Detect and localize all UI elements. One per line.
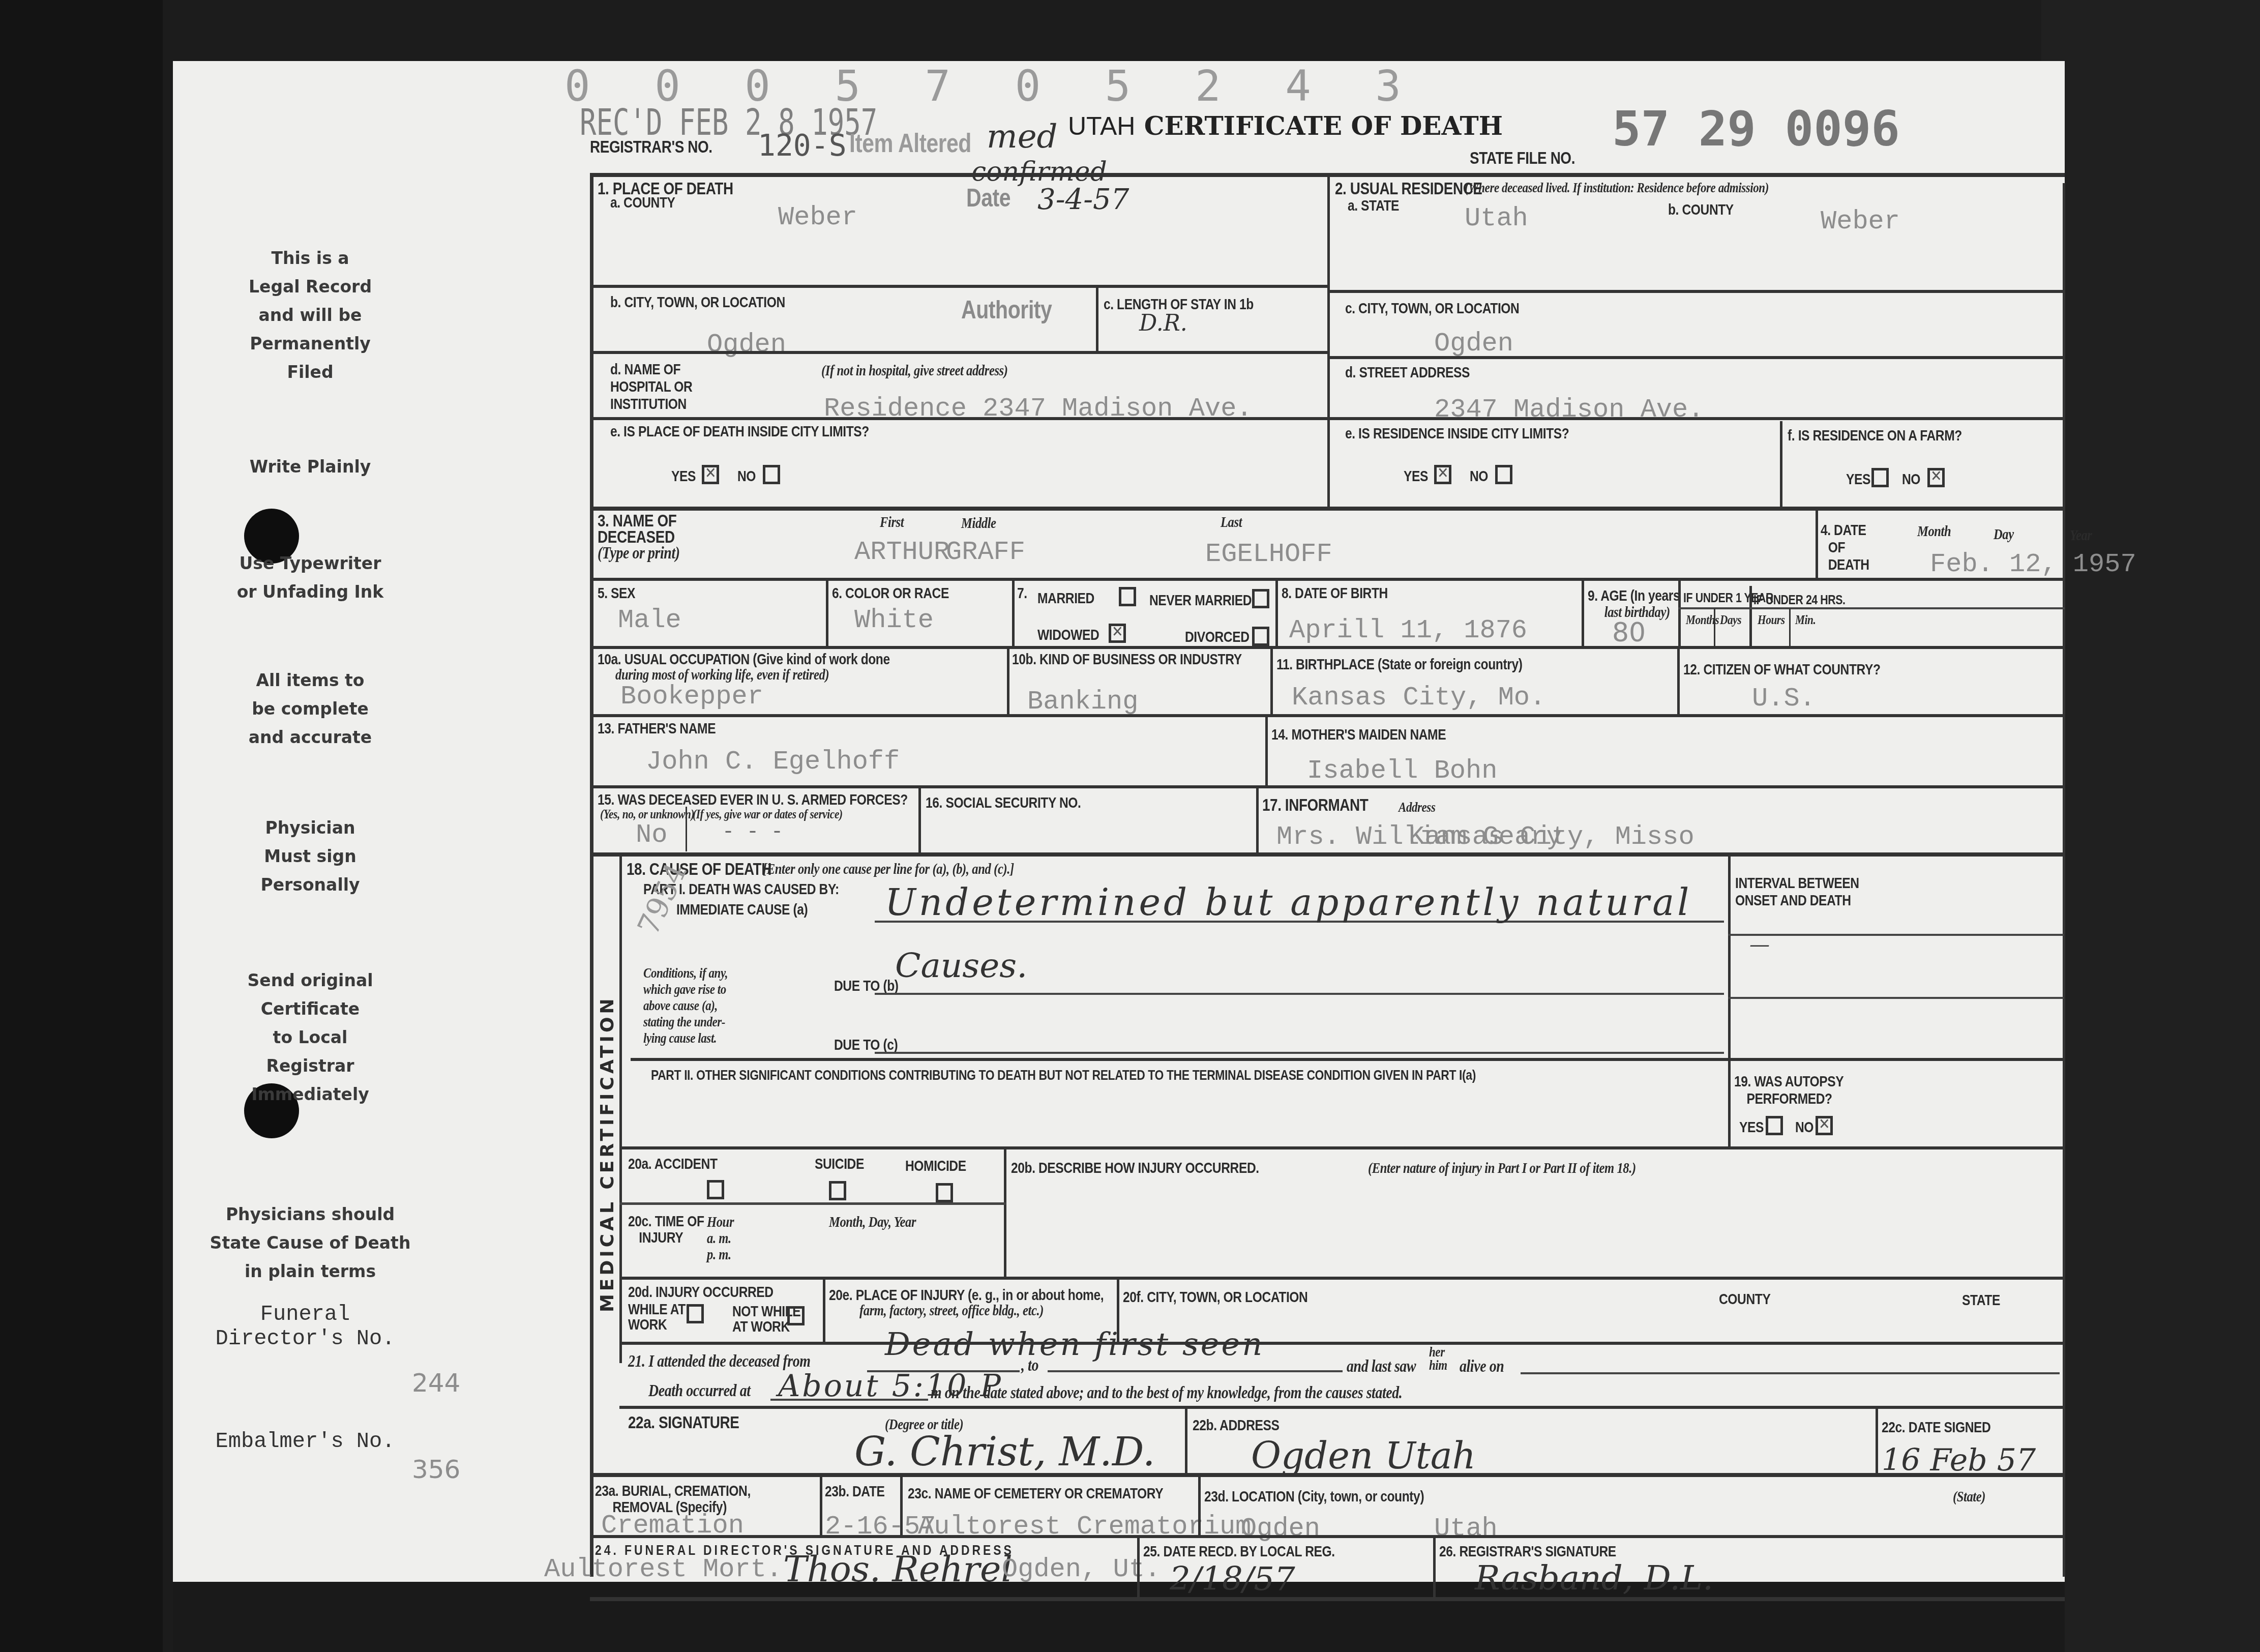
divider (823, 1278, 825, 1342)
divider (1714, 608, 1715, 646)
residence-farm-no-checkbox[interactable] (1927, 468, 1945, 487)
note-physician-sign: PhysicianMust signPersonally (203, 814, 417, 899)
immediate-cause-label: IMMEDIATE CAUSE (a) (676, 901, 808, 919)
residence-farm-label: f. IS RESIDENCE ON A FARM? (1788, 427, 1962, 445)
mother-name-label: 14. MOTHER'S MAIDEN NAME (1271, 726, 1446, 744)
divorced-checkbox[interactable] (1252, 627, 1269, 646)
divider (1185, 1407, 1187, 1474)
residence-city-label: c. CITY, TOWN, OR LOCATION (1345, 300, 1519, 317)
citizen-label: 12. CITIZEN OF WHAT COUNTRY? (1683, 661, 1881, 678)
note-all-items: All items tobe completeand accurate (203, 666, 417, 752)
usual-residence-hint: (Where deceased lived. If institution: R… (1465, 180, 1769, 196)
divider (619, 1406, 2064, 1409)
part2-label: PART II. OTHER SIGNIFICANT CONDITIONS CO… (651, 1067, 1476, 1083)
death-inside-city-label: e. IS PLACE OF DEATH INSIDE CITY LIMITS? (610, 423, 869, 440)
item-altered-label: Item Altered (849, 128, 971, 159)
interval-value: — (1749, 933, 1770, 956)
date-of-birth-value: Aprill 11, 1876 (1289, 615, 1527, 645)
divider (1265, 715, 1268, 786)
divider (619, 1342, 2064, 1345)
divider (918, 786, 921, 852)
last-saw-label: and last saw (1347, 1357, 1416, 1376)
to-label: , to (1021, 1356, 1038, 1375)
residence-inside-city-no-checkbox[interactable] (1495, 465, 1512, 484)
race-value: White (854, 605, 934, 635)
residence-inside-city-yes-checkbox[interactable] (1434, 465, 1451, 484)
registrar-signature-value: Rasband, D.L. (1475, 1558, 1713, 1598)
death-inside-city-no-label: NO (737, 468, 756, 485)
place-of-injury-hint: farm, factory, street, office bldg., etc… (859, 1302, 1044, 1319)
divider (1678, 607, 2065, 609)
cemetery-label: 23c. NAME OF CEMETERY OR CREMATORY (908, 1485, 1163, 1502)
not-while-at-work-checkbox[interactable] (787, 1306, 805, 1325)
never-married-label: NEVER MARRIED (1149, 592, 1252, 609)
scan-background-left (0, 0, 163, 1652)
while-at-work-checkbox[interactable] (687, 1304, 704, 1323)
residence-state-label: a. STATE (1348, 197, 1399, 215)
attended-to-line (1048, 1370, 1343, 1372)
sex-label: 5. SEX (598, 585, 635, 602)
age-label: 9. AGE (In yearslast birthday) (1588, 588, 1680, 621)
first-name-value: ARTHUR (854, 537, 949, 567)
injury-city-label: 20f. CITY, TOWN, OR LOCATION (1123, 1289, 1307, 1306)
middle-name-label: Middle (961, 515, 996, 532)
while-at-work-label: WHILE ATWORK (628, 1302, 686, 1333)
date-recd-value: 2/18/57 (1170, 1560, 1295, 1598)
death-city-value: Ogden (707, 330, 786, 360)
mother-name-value: Isabell Bohn (1307, 756, 1497, 786)
birthplace-value: Kansas City, Mo. (1292, 683, 1545, 713)
days-label: Days (1720, 612, 1741, 628)
middle-name-value: GRAFF (946, 537, 1025, 567)
divider (590, 714, 2065, 717)
accident-label: 20a. ACCIDENT (628, 1156, 718, 1173)
day-label: Day (1994, 526, 2014, 543)
divider (1198, 1475, 1201, 1536)
armed-forces-label: 15. WAS DECEASED EVER IN U. S. ARMED FOR… (598, 791, 908, 809)
marital-number: 7. (1017, 585, 1027, 602)
divider (631, 1058, 2065, 1061)
year-label: Year (2070, 527, 2092, 544)
suicide-label: SUICIDE (815, 1156, 864, 1173)
certificate-page: 0 0 0 5 7 0 5 2 4 3 REC'D FEB 2 8 1957 R… (173, 61, 2065, 1582)
embalmer-no-value: 356 (412, 1455, 460, 1484)
interval-label: INTERVAL BETWEENONSET AND DEATH (1735, 875, 1859, 909)
citizen-value: U.S. (1752, 684, 1816, 714)
date-recd-label: 25. DATE RECD. BY LOCAL REG. (1143, 1543, 1335, 1560)
residence-farm-yes-checkbox[interactable] (1871, 468, 1889, 487)
residence-farm-no-label: NO (1902, 471, 1920, 488)
divider (1327, 290, 2065, 293)
registrars-no-label: REGISTRAR'S NO. (590, 137, 712, 157)
hours-label: Hours (1758, 612, 1785, 628)
divider (1816, 510, 1818, 581)
injury-occurred-label: 20d. INJURY OCCURRED (628, 1284, 774, 1301)
residence-inside-city-no-label: NO (1470, 468, 1488, 485)
residence-street-label: d. STREET ADDRESS (1345, 364, 1470, 381)
autopsy-label: 19. WAS AUTOPSYPERFORMED? (1734, 1073, 1843, 1108)
date-label: Date (966, 183, 1010, 213)
father-name-value: John C. Egelhoff (646, 747, 900, 777)
am-label: a. m. (707, 1230, 731, 1247)
min-label: Min. (1795, 612, 1816, 628)
form-left-border (590, 173, 593, 1577)
length-of-stay-value: D.R. (1139, 310, 1187, 336)
divider (619, 1202, 1006, 1205)
divider (590, 1535, 2065, 1538)
last-name-value: EGELHOFF (1205, 539, 1332, 569)
divider (1327, 175, 1330, 509)
residence-inside-city-yes-label: YES (1404, 468, 1428, 485)
divider (900, 1475, 903, 1536)
funeral-director-no-label: FuneralDirector's No. (193, 1302, 417, 1351)
time-of-injury-label: 20c. TIME OFINJURY (628, 1214, 704, 1246)
item-altered-value: med (987, 118, 1058, 156)
cause-of-death-heading: 18. CAUSE OF DEATH (627, 860, 771, 879)
divider (1876, 1407, 1878, 1474)
alive-on-label: alive on (1460, 1357, 1504, 1376)
armed-dates-value: - - - (722, 821, 783, 844)
injury-county-label: COUNTY (1719, 1291, 1770, 1308)
physician-signature: G. Christ, M.D. (854, 1429, 1155, 1475)
autopsy-yes-checkbox[interactable] (1766, 1116, 1783, 1135)
funeral-director-value: Aultorest Mort. (544, 1554, 782, 1584)
divider (1137, 1536, 1140, 1598)
autopsy-no-checkbox[interactable] (1816, 1116, 1833, 1135)
occupation-label: 10a. USUAL OCCUPATION (Give kind of work… (598, 651, 890, 668)
hour-label: Hour (707, 1214, 734, 1231)
homicide-checkbox[interactable] (936, 1183, 953, 1202)
due-to-b-value: Causes. (895, 946, 1027, 985)
birthplace-label: 11. BIRTHPLACE (State or foreign country… (1276, 656, 1522, 673)
date-value: 3-4-57 (1037, 183, 1129, 216)
under-24-hrs-label: IF UNDER 24 HRS. (1753, 592, 1846, 608)
date-of-death-value: Feb. 12, 1957 (1930, 549, 2136, 579)
homicide-label: HOMICIDE (905, 1158, 966, 1175)
divider (1728, 934, 2064, 936)
city-label: b. CITY, TOWN, OR LOCATION (610, 294, 785, 311)
form-right-border (2063, 183, 2065, 1577)
suicide-checkbox[interactable] (829, 1181, 846, 1200)
occupation-value: Bookepper (620, 682, 763, 712)
deceased-name-label: 3. NAME OFDECEASED(Type or print) (598, 513, 680, 562)
cause-of-death-hint: [Enter only one cause per line for (a), … (763, 861, 1014, 878)
divider (1728, 997, 2064, 999)
confirmed-note: confirmed (971, 157, 1107, 187)
medical-certification-label: MEDICAL CERTIFICATION (597, 995, 618, 1312)
divider (1678, 579, 1681, 646)
state-file-no-value: 57 29 0096 (1612, 102, 1900, 157)
divider (619, 1146, 2064, 1149)
divider (590, 646, 2065, 649)
divider (686, 807, 687, 851)
certificate-title: UTAH CERTIFICATE OF DEATH (1068, 111, 1503, 141)
widowed-checkbox[interactable] (1109, 624, 1126, 643)
state-file-no-label: STATE FILE NO. (1470, 149, 1575, 168)
divider (619, 1277, 2064, 1280)
describe-injury-hint: (Enter nature of injury in Part I or Par… (1368, 1160, 1636, 1177)
divider (1677, 647, 1680, 714)
divider (1004, 1147, 1006, 1280)
injury-state-label: STATE (1962, 1292, 2000, 1309)
widowed-label: WIDOWED (1037, 627, 1099, 644)
autopsy-no-label: NO (1795, 1119, 1813, 1136)
divider (1270, 647, 1273, 714)
physician-address-value: Ogden Utah (1251, 1434, 1476, 1477)
divider (1582, 579, 1584, 646)
physician-address-label: 22b. ADDRESS (1193, 1417, 1280, 1434)
note-write-plainly: Write Plainly (203, 453, 417, 481)
conditions-note: Conditions, if any,which gave rise toabo… (643, 965, 728, 1047)
scan-background-right (2041, 0, 2260, 1652)
funeral-director-no-value: 244 (412, 1368, 460, 1398)
disposition-location-label: 23d. LOCATION (City, town, or county) (1204, 1488, 1424, 1506)
residence-state-value: Utah (1465, 203, 1528, 233)
residence-county-label: b. COUNTY (1668, 201, 1734, 219)
divider (1007, 647, 1009, 714)
divorced-label: DIVORCED (1185, 629, 1250, 646)
describe-injury-label: 20b. DESCRIBE HOW INJURY OCCURRED. (1011, 1160, 1259, 1177)
county-label: a. COUNTY (610, 194, 675, 212)
date-signed-label: 22c. DATE SIGNED (1882, 1419, 1990, 1436)
divider (1256, 786, 1259, 852)
divider (590, 852, 2065, 857)
divider (1780, 421, 1782, 509)
death-occurred-label: Death occurred at (648, 1381, 751, 1401)
death-county-value: Weber (778, 202, 857, 232)
divider (590, 1473, 2065, 1477)
divider (1327, 356, 2065, 359)
father-name-label: 13. FATHER'S NAME (598, 720, 716, 737)
due-to-c-label: DUE TO (c) (834, 1037, 898, 1054)
death-inside-city-no-checkbox[interactable] (763, 465, 780, 484)
form-bottom-border (590, 1597, 2065, 1601)
divider (590, 578, 2065, 581)
medical-section-border (619, 854, 622, 1363)
disposition-state-value: Utah (1434, 1514, 1498, 1544)
note-use-typewriter: Use Typewriteror Unfading Ink (203, 549, 417, 606)
date-of-death-label: 4. DATEOFDEATH (1821, 522, 1869, 574)
due-to-b-line (875, 993, 1724, 995)
married-label: MARRIED (1037, 590, 1094, 607)
divider (1789, 608, 1791, 646)
scan-background-bottom (173, 1577, 2065, 1652)
divider (1749, 586, 1752, 646)
funeral-director-signature: Thos. Rehrel (783, 1548, 1013, 1590)
usual-residence-heading: 2. USUAL RESIDENCE (1335, 179, 1482, 199)
her-him-label: herhim (1429, 1346, 1447, 1372)
note-send-original: Send originalCertificateto LocalRegistra… (203, 966, 417, 1109)
divider (590, 417, 2065, 420)
due-to-b-label: DUE TO (b) (834, 978, 899, 995)
title-state: UTAH (1068, 112, 1135, 140)
registrars-no-value: 120-S (758, 128, 847, 163)
place-of-injury-label: 20e. PLACE OF INJURY (e. g., in or about… (829, 1287, 1104, 1304)
autopsy-yes-label: YES (1739, 1119, 1764, 1136)
race-label: 6. COLOR OR RACE (832, 585, 949, 602)
divider (1012, 579, 1015, 646)
death-inside-city-yes-label: YES (671, 468, 696, 485)
hospital-hint: (If not in hospital, give street address… (821, 362, 1008, 379)
first-name-label: First (880, 514, 904, 531)
occupation-label-hint: during most of working life, even if ret… (615, 666, 829, 684)
divider (1096, 287, 1098, 351)
statement-text: m on the date stated above; and to the b… (931, 1383, 1402, 1403)
disposition-location-value: Ogden (1241, 1514, 1320, 1544)
note-legal-record: This is aLegal Recordand will bePermanen… (203, 244, 417, 387)
disposition-state-label: (State) (1953, 1488, 1985, 1506)
month-label: Month (1917, 523, 1951, 540)
note-physicians-should: Physicians shouldState Cause of Deathin … (188, 1200, 432, 1286)
attended-value: Dead when first seen (885, 1325, 1264, 1363)
residence-street-value: 2347 Madison Ave. (1434, 395, 1704, 425)
registrar-signature-label: 26. REGISTRAR'S SIGNATURE (1439, 1543, 1616, 1560)
signature-label: 22a. SIGNATURE (628, 1413, 739, 1433)
due-to-c-line (875, 1052, 1724, 1054)
title-main: CERTIFICATE OF DEATH (1144, 111, 1503, 141)
residence-county-value: Weber (1821, 206, 1900, 237)
married-checkbox[interactable] (1119, 587, 1136, 606)
pm-label: p. m. (707, 1246, 731, 1263)
residence-city-value: Ogden (1434, 329, 1513, 359)
residence-inside-city-label: e. IS RESIDENCE INSIDE CITY LIMITS? (1345, 425, 1569, 442)
divider (826, 579, 828, 646)
death-inside-city-yes-checkbox[interactable] (702, 465, 719, 484)
divider (820, 1475, 822, 1536)
date-of-birth-label: 8. DATE OF BIRTH (1282, 585, 1388, 602)
divider (1433, 1536, 1436, 1598)
divider (1728, 854, 1731, 1149)
informant-label: 17. INFORMANT (1262, 795, 1368, 815)
business-label: 10b. KIND OF BUSINESS OR INDUSTRY (1012, 651, 1242, 668)
divider (590, 785, 2065, 788)
immediate-cause-value: Undetermined but apparently natural (885, 881, 1692, 924)
hospital-label: d. NAME OFHOSPITAL ORINSTITUTION (610, 361, 692, 413)
never-married-checkbox[interactable] (1252, 589, 1269, 608)
informant-address-label: Address (1399, 800, 1435, 816)
business-value: Banking (1027, 687, 1138, 717)
divider (590, 507, 2065, 511)
ssn-label: 16. SOCIAL SECURITY NO. (926, 794, 1081, 812)
residence-farm-yes-label: YES (1846, 471, 1870, 488)
alive-on-line (1521, 1372, 2060, 1374)
last-name-label: Last (1221, 514, 1242, 531)
divider (590, 351, 1330, 354)
informant-address-value: Kansas City, Misso (1409, 822, 1694, 852)
authority-label: Authority (961, 295, 1052, 324)
accident-checkbox[interactable] (707, 1180, 724, 1199)
embalmer-no-label: Embalmer's No. (193, 1429, 417, 1454)
armed-war-hint: (If yes, give war or dates of service) (693, 807, 843, 822)
month-day-year-label: Month, Day, Year (829, 1214, 916, 1231)
disposition-date-label: 23b. DATE (825, 1483, 885, 1500)
divider (590, 285, 1330, 288)
age-value: 80 (1612, 617, 1646, 648)
divider (1275, 579, 1278, 646)
sex-value: Male (618, 605, 681, 635)
armed-forces-value: No (636, 820, 667, 850)
